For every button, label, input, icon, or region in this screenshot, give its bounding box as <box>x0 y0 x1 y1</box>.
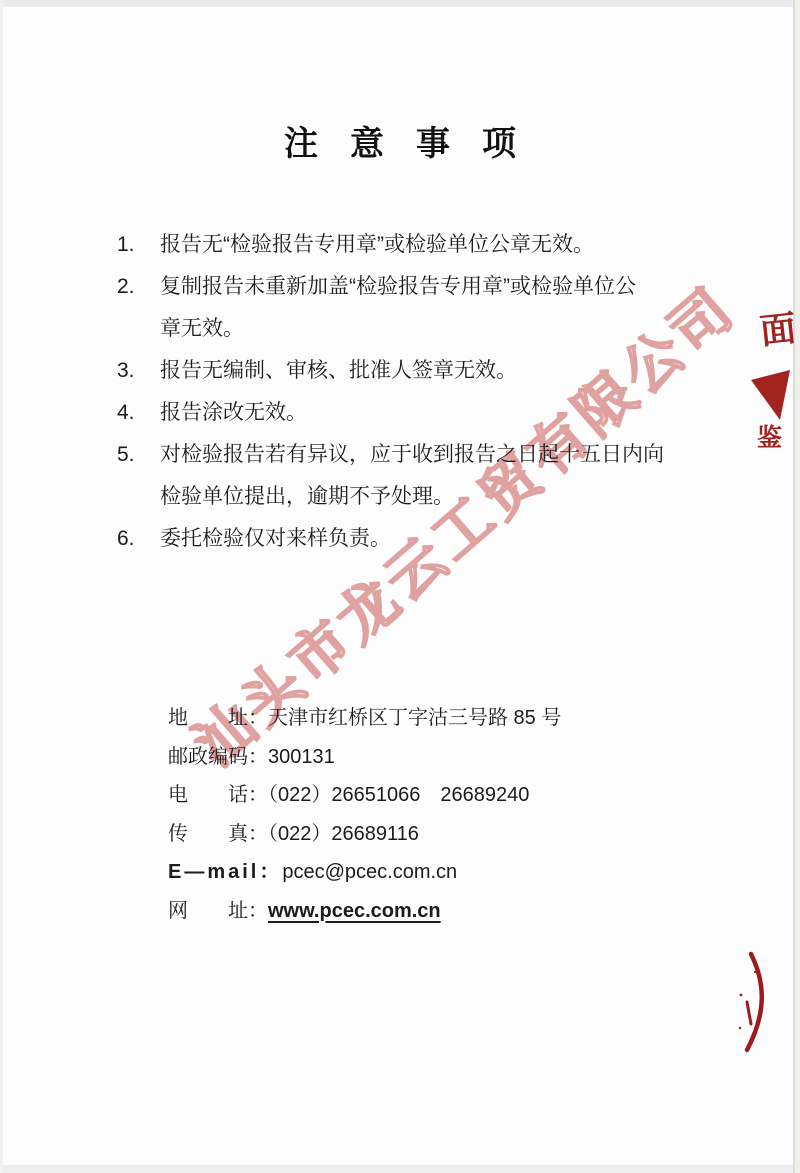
contact-label: 传 真： <box>168 823 268 845</box>
contact-label: 地 址： <box>168 707 268 729</box>
notice-number: 4. <box>117 392 160 434</box>
contact-value: pcec@pcec.com.cn <box>282 861 457 883</box>
notice-text: 报告无编制、审核、批准人签章无效。 <box>160 350 666 392</box>
seal-arc-icon <box>737 950 777 1055</box>
notice-item: 2. 复制报告未重新加盖“检验报告专用章”或检验单位公 章无效。 <box>117 266 677 350</box>
contact-value: （022）26689116 <box>268 823 419 845</box>
notice-number: 6. <box>117 518 160 560</box>
contact-label: 电 话： <box>168 784 268 806</box>
contact-value: 300131 <box>268 746 335 768</box>
notice-list: 1. 报告无“检验报告专用章”或检验单位公章无效。 2. 复制报告未重新加盖“检… <box>117 224 677 560</box>
notice-number: 3. <box>117 350 160 392</box>
notice-item: 4. 报告涂改无效。 <box>117 392 677 434</box>
seal-fragment-character-top: 面 <box>758 310 798 350</box>
contact-row-fax: 传 真：（022）26689116 <box>168 815 561 854</box>
contact-value: 天津市红桥区丁字沽三号路 85 号 <box>268 707 561 729</box>
page-title: 注意事项 <box>0 116 800 165</box>
notice-number: 1. <box>117 224 160 266</box>
scan-edge-right <box>795 0 800 1173</box>
notice-number: 2. <box>117 266 160 308</box>
notice-text: 复制报告未重新加盖“检验报告专用章”或检验单位公 章无效。 <box>160 266 666 350</box>
notice-text: 委托检验仅对来样负责。 <box>160 518 666 560</box>
seal-arc-fragment <box>737 950 777 1060</box>
website-link: www.pcec.com.cn <box>268 900 441 922</box>
scanned-document-page: 汕头市龙云工贸有限公司 注意事项 1. 报告无“检验报告专用章”或检验单位公章无… <box>0 0 800 1173</box>
scan-edge-top <box>0 0 800 7</box>
contact-label: 网 址： <box>168 900 268 922</box>
notice-item: 5. 对检验报告若有异议，应于收到报告之日起十五日内向 检验单位提出，逾期不予处… <box>117 434 677 518</box>
contact-row-postcode: 邮政编码：300131 <box>168 738 561 777</box>
contact-row-phone: 电 话：（022）26651066 26689240 <box>168 776 561 815</box>
contact-row-website: 网 址：www.pcec.com.cn <box>168 892 561 931</box>
notice-text: 报告涂改无效。 <box>160 392 666 434</box>
scan-edge-bottom <box>0 1165 800 1173</box>
contact-value: （022）26651066 26689240 <box>268 784 529 806</box>
contact-row-email: E—mail：pcec@pcec.com.cn <box>168 853 561 892</box>
contact-label: 邮政编码： <box>168 746 268 768</box>
contact-label: E—mail： <box>168 861 282 883</box>
seal-triangle-icon <box>751 370 793 422</box>
notice-text: 对检验报告若有异议，应于收到报告之日起十五日内向 检验单位提出，逾期不予处理。 <box>160 434 666 518</box>
contact-block: 地 址：天津市红桥区丁字沽三号路 85 号 邮政编码：300131 电 话：（0… <box>168 699 561 930</box>
scan-edge-left <box>0 0 3 1173</box>
notice-item: 1. 报告无“检验报告专用章”或检验单位公章无效。 <box>117 224 677 266</box>
notice-text: 报告无“检验报告专用章”或检验单位公章无效。 <box>160 224 666 266</box>
notice-item: 6. 委托检验仅对来样负责。 <box>117 518 677 560</box>
notice-number: 5. <box>117 434 160 476</box>
contact-row-address: 地 址：天津市红桥区丁字沽三号路 85 号 <box>168 699 561 738</box>
notice-item: 3. 报告无编制、审核、批准人签章无效。 <box>117 350 677 392</box>
seal-triangle-mark <box>751 370 793 427</box>
seal-fragment-character-bottom: 鉴 <box>757 426 782 451</box>
